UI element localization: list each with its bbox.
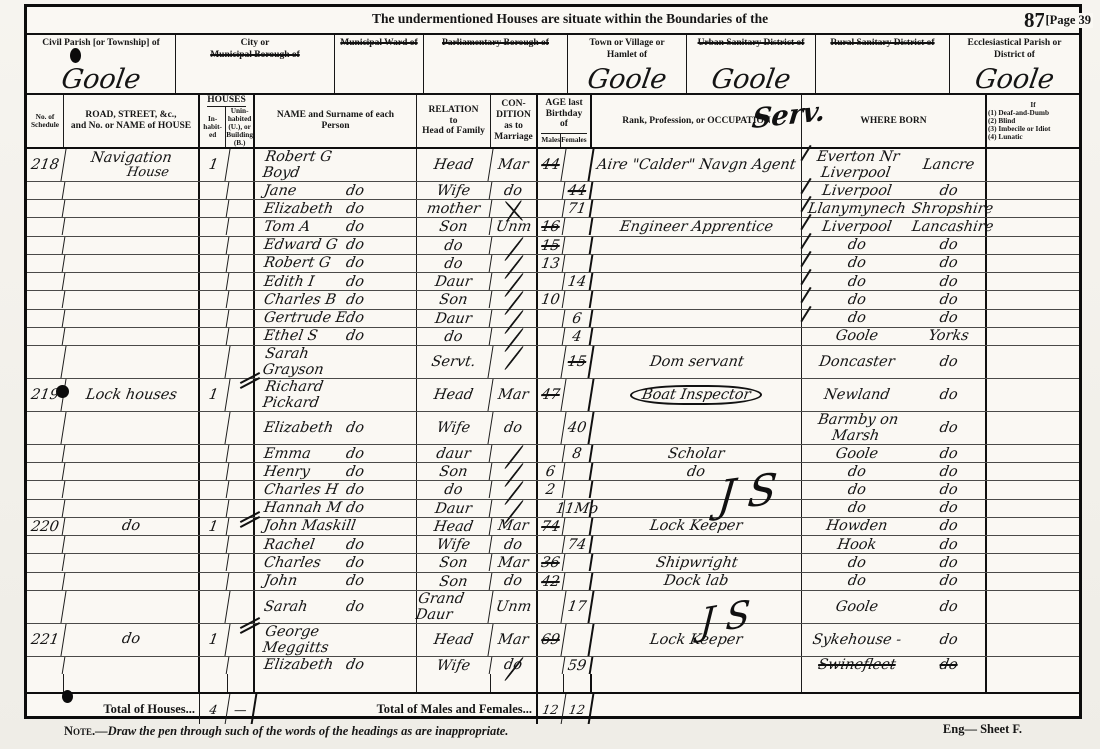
occupation-cell: [592, 273, 802, 290]
district-header-band: Civil Parish [or Township] of Goole City…: [27, 35, 1079, 95]
name-cell: Tom A do: [255, 218, 417, 235]
census-scan-page: The undermentioned Houses are situate wi…: [0, 0, 1100, 749]
condition-cell: do: [491, 573, 538, 590]
relation-cell: do: [416, 328, 493, 345]
table-row: Tom A do Son Unm 16 Engineer Apprentice …: [27, 218, 1079, 236]
relation-cell: Son: [416, 218, 493, 235]
colhead-occupation: Rank, Profession, or OCCUPATION: [592, 95, 802, 147]
where-born-cell: Hook do: [802, 536, 987, 553]
name-cell: Charles do: [255, 554, 417, 571]
age-female-cell: [563, 218, 594, 235]
ink-blot: [56, 385, 69, 398]
occupation-cell: [592, 657, 802, 674]
schedule-cell: 218: [24, 149, 66, 181]
infirmity-cell: [987, 328, 1079, 345]
infirmity-cell: [987, 291, 1079, 308]
occupation-cell: do: [592, 463, 802, 480]
name-cell: John do: [255, 573, 417, 590]
name-cell: Richard Pickard: [255, 379, 417, 411]
age-male-cell: 42: [537, 573, 566, 590]
age-male-cell: [537, 657, 566, 674]
uninhabited-cell: [228, 481, 255, 498]
schedule-cell: [26, 291, 66, 308]
inhabited-cell: [199, 310, 230, 327]
condition-cell: [491, 346, 538, 378]
occupation-cell: Boat Inspector: [592, 379, 802, 411]
condition-cell: Mar: [491, 624, 538, 656]
age-female-cell: [563, 481, 594, 498]
schedule-cell: [26, 218, 66, 235]
infirmity-cell: [987, 536, 1079, 553]
uninhabited-cell: [228, 273, 255, 290]
where-born-cell: Barmby on Marsh do: [802, 412, 987, 444]
age-female-cell: 17: [561, 591, 594, 623]
uninhabited-cell: [228, 379, 255, 411]
occupation-cell: [592, 500, 802, 517]
total-males-females-label: Total of Males and Females...: [255, 694, 538, 724]
age-male-cell: 15: [537, 237, 566, 254]
name-cell: Charles H do: [255, 481, 417, 498]
age-female-cell: [561, 624, 594, 656]
where-born-cell: Llanymynech Shropshire: [802, 200, 987, 217]
road-cell: [64, 182, 200, 199]
name-cell: Edward G do: [255, 237, 417, 254]
table-row: Emma do daur 8 Scholar Goole do: [27, 445, 1079, 463]
age-female-cell: [563, 573, 594, 590]
where-born-cell: Everton Nr Liverpool Lancre: [802, 149, 987, 181]
relation-cell: Son: [416, 554, 493, 571]
uninhabited-cell: [228, 591, 255, 623]
where-born-cell: do do: [802, 500, 987, 517]
schedule-cell: [26, 255, 66, 272]
where-born-cell: Sykehouse - do: [802, 624, 987, 656]
inhabited-cell: [199, 445, 230, 462]
infirmity-cell: [987, 554, 1079, 571]
occupation-cell: [592, 412, 802, 444]
age-male-cell: [537, 200, 566, 217]
relation-cell: Head: [416, 518, 493, 535]
infirmity-cell: [987, 200, 1079, 217]
inhabited-cell: [199, 237, 230, 254]
condition-cell: [491, 500, 538, 517]
district-header-cell: Rural Sanitary District of: [816, 35, 950, 93]
age-female-cell: [563, 255, 594, 272]
totals-band: Total of Houses... 4 — Total of Males an…: [27, 694, 1079, 724]
condition-cell: [491, 310, 538, 327]
table-row: Edith I do Daur 14 do do: [27, 273, 1079, 291]
where-born-cell: do do: [802, 463, 987, 480]
schedule-cell: [24, 346, 66, 378]
condition-cell: Mar: [491, 149, 538, 181]
age-male-cell: 36: [537, 554, 566, 571]
uninhabited-cell: [228, 554, 255, 571]
title-band: The undermentioned Houses are situate wi…: [27, 7, 1079, 35]
road-cell: [64, 273, 200, 290]
district-header-cell: Ecclesiastical Parish or District of Goo…: [950, 35, 1079, 93]
table-row: Elizabeth do mother 71 Llanymynech Shrop…: [27, 200, 1079, 218]
sheet-label: Eng— Sheet F.: [943, 722, 1022, 737]
table-row: Rachel do Wife do 74 Hook do: [27, 536, 1079, 554]
infirmity-cell: [987, 624, 1079, 656]
colhead-houses: HOUSES In-habit-ed Unin-habited (U.), or…: [200, 95, 255, 147]
road-cell: [64, 310, 200, 327]
uninhabited-cell: [228, 291, 255, 308]
schedule-cell: [26, 573, 66, 590]
inhabited-cell: [199, 554, 230, 571]
age-female-cell: 40: [561, 412, 594, 444]
total-uninhabited-dash: —: [226, 694, 258, 724]
uninhabited-cell: [228, 200, 255, 217]
uninhabited-cell: [228, 657, 255, 674]
occupation-cell: [592, 536, 802, 553]
schedule-cell: [26, 657, 66, 674]
condition-cell: [491, 291, 538, 308]
inhabited-cell: [199, 573, 230, 590]
schedule-cell: [26, 273, 66, 290]
schedule-cell: [26, 481, 66, 498]
occupation-cell: Engineer Apprentice: [592, 218, 802, 235]
schedule-cell: [26, 310, 66, 327]
table-row: John do Son do 42 Dock lab do do: [27, 573, 1079, 591]
relation-cell: Grand Daur: [414, 591, 493, 623]
infirmity-cell: [987, 273, 1079, 290]
uninhabited-cell: [228, 182, 255, 199]
name-cell: Robert G do: [255, 255, 417, 272]
colhead-name: NAME and Surname of each Person: [255, 95, 417, 147]
road-cell: [64, 481, 200, 498]
inhabited-cell: 1: [199, 518, 230, 535]
inhabited-cell: 1: [197, 149, 230, 181]
table-row: Gertrude E do Daur 6 do do: [27, 310, 1079, 328]
inhabited-cell: [199, 463, 230, 480]
uninhabited-cell: [228, 500, 255, 517]
age-male-cell: 16: [537, 218, 566, 235]
occupation-cell: [592, 255, 802, 272]
condition-cell: do: [491, 536, 538, 553]
occupation-cell: [592, 310, 802, 327]
infirmity-cell: [987, 657, 1079, 674]
inhabited-cell: [199, 200, 230, 217]
colhead-uninhabited: Unin-habited (U.), or Building (B.): [226, 107, 253, 147]
condition-slash: [504, 346, 524, 371]
schedule-cell: 221: [24, 624, 66, 656]
where-born-cell: Goole Yorks: [802, 328, 987, 345]
occupation-cell: [592, 237, 802, 254]
road-cell: [64, 200, 200, 217]
schedule-cell: 220: [26, 518, 66, 535]
uninhabited-cell: [228, 463, 255, 480]
infirmity-cell: [987, 573, 1079, 590]
road-cell: [64, 463, 200, 480]
age-female-cell: 14: [563, 273, 594, 290]
schedule-cell: [26, 445, 66, 462]
road-cell: [64, 237, 200, 254]
infirmity-cell: [987, 182, 1079, 199]
gap-strip: [27, 674, 1079, 694]
road-cell: [64, 445, 200, 462]
where-born-cell: Goole do: [802, 591, 987, 623]
district-header-cell: Urban Sanitary District of Goole: [687, 35, 816, 93]
where-born-cell: do do: [802, 255, 987, 272]
name-cell: Hannah M do: [255, 500, 417, 517]
relation-cell: Head: [414, 379, 493, 411]
age-female-cell: 8: [563, 445, 594, 462]
where-born-cell: Liverpool Lancashire: [802, 218, 987, 235]
relation-cell: Daur: [416, 310, 493, 327]
name-cell: Robert G Boyd: [255, 149, 417, 181]
name-cell: Elizabeth do: [255, 412, 417, 444]
uninhabited-cell: [228, 255, 255, 272]
road-cell: [64, 255, 200, 272]
name-cell: Sarah do: [255, 591, 417, 623]
name-cell: Jane do: [255, 182, 417, 199]
relation-cell: do: [416, 481, 493, 498]
uninhabited-cell: [228, 346, 255, 378]
colhead-condition: CON- DITION as to Marriage: [491, 95, 538, 147]
road-cell: [64, 657, 200, 674]
colhead-age-males: Males: [541, 134, 561, 147]
table-row: Elizabeth do Wife do 59 Swinefleet do: [27, 657, 1079, 674]
where-born-cell: Liverpool do: [802, 182, 987, 199]
inhabited-cell: [199, 536, 230, 553]
colhead-relation: RELATION to Head of Family: [417, 95, 491, 147]
page-number: 87: [1024, 8, 1045, 33]
relation-cell: Head: [414, 149, 493, 181]
table-row: 221 do 1 George Meggitts Head Mar 69 Loc…: [27, 624, 1079, 657]
age-female-cell: [563, 518, 594, 535]
age-female-cell: 44: [563, 182, 594, 199]
where-born-cell: Goole do: [802, 445, 987, 462]
where-born-cell: do do: [802, 310, 987, 327]
uninhabited-cell: [228, 445, 255, 462]
relation-cell: Wife: [416, 182, 493, 199]
condition-cell: [491, 237, 538, 254]
schedule-cell: [26, 200, 66, 217]
road-cell: [64, 591, 200, 623]
infirmity-cell: [987, 310, 1079, 327]
age-female-cell: [563, 463, 594, 480]
age-female-cell: [563, 237, 594, 254]
uninhabited-cell: [228, 624, 255, 656]
name-cell: Sarah Grayson: [255, 346, 417, 378]
condition-cell: [491, 255, 538, 272]
where-born-cell: do do: [802, 481, 987, 498]
name-cell: George Meggitts: [255, 624, 417, 656]
occupation-cell: [592, 328, 802, 345]
schedule-cell: [26, 554, 66, 571]
table-row: Jane do Wife do 44 Liverpool do: [27, 182, 1079, 200]
where-born-cell: Swinefleet do: [802, 657, 987, 674]
infirmity-cell: [987, 481, 1079, 498]
uninhabited-cell: [228, 149, 255, 181]
uninhabited-cell: [228, 573, 255, 590]
age-female-cell: 71: [563, 200, 594, 217]
age-male-cell: 2: [537, 481, 566, 498]
table-row: Ethel S do do 4 Goole Yorks: [27, 328, 1079, 346]
condition-cell: [491, 328, 538, 345]
ink-blot: [62, 690, 73, 703]
schedule-cell: [24, 412, 66, 444]
relation-cell: Son: [416, 463, 493, 480]
infirmity-cell: [987, 255, 1079, 272]
infirmity-cell: [987, 218, 1079, 235]
census-rows: 218 Navigation House 1 Robert G Boyd Hea…: [27, 149, 1079, 674]
totals-empty-cell: [592, 694, 1079, 724]
road-cell: [64, 554, 200, 571]
relation-cell: Son: [416, 291, 493, 308]
name-cell: Elizabeth do: [255, 200, 417, 217]
road-cell: [64, 328, 200, 345]
age-male-cell: [537, 328, 566, 345]
name-cell: Ethel S do: [255, 328, 417, 345]
infirmity-cell: [987, 445, 1079, 462]
inhabited-cell: [199, 218, 230, 235]
table-row: Sarah Grayson Servt. 15 Dom servant Donc…: [27, 346, 1079, 379]
infirmity-cell: [987, 463, 1079, 480]
table-row: Elizabeth do Wife do 40 Barmby on Marsh …: [27, 412, 1079, 445]
infirmity-cell: [987, 500, 1079, 517]
relation-cell: daur: [416, 445, 493, 462]
road-cell: do: [64, 518, 200, 535]
name-cell: John Maskill: [255, 518, 417, 535]
occupation-cell: [592, 200, 802, 217]
age-male-cell: [537, 536, 566, 553]
inhabited-cell: [199, 273, 230, 290]
road-cell: [64, 573, 200, 590]
infirmity-cell: [987, 518, 1079, 535]
road-cell: [64, 500, 200, 517]
occupation-cell: Dom servant: [592, 346, 802, 378]
condition-cell: do: [491, 182, 538, 199]
colhead-age: AGE last Birthday of Males Females: [538, 95, 592, 147]
inhabited-cell: 1: [197, 379, 230, 411]
relation-cell: Son: [416, 573, 493, 590]
relation-cell: Head: [414, 624, 493, 656]
age-female-cell: [561, 149, 594, 181]
infirmity-cell: [987, 149, 1079, 181]
uninhabited-cell: [228, 310, 255, 327]
age-male-cell: [537, 310, 566, 327]
occupation-cell: [592, 182, 802, 199]
total-females-value: 12: [562, 694, 595, 724]
condition-cell: Unm: [491, 591, 538, 623]
road-cell: [64, 291, 200, 308]
condition-cell: [491, 463, 538, 480]
condition-cell: Unm: [491, 218, 538, 235]
infirmity-cell: [987, 412, 1079, 444]
condition-cell: [491, 445, 538, 462]
schedule-cell: [26, 182, 66, 199]
infirmity-cell: [987, 346, 1079, 378]
district-header-cell: City or Municipal Borough of: [176, 35, 335, 93]
occupation-cell: [592, 591, 802, 623]
inhabited-cell: [197, 346, 230, 378]
name-cell: Edith I do: [255, 273, 417, 290]
age-male-cell: 74: [537, 518, 566, 535]
schedule-cell: [26, 500, 66, 517]
infirmity-cell: [987, 379, 1079, 411]
ink-blot: [70, 48, 81, 63]
age-female-cell: [563, 291, 594, 308]
where-born-cell: do do: [802, 554, 987, 571]
relation-cell: Wife: [416, 657, 493, 674]
colhead-infirmity: If (1) Deaf-and-Dumb (2) Blind (3) Imbec…: [987, 95, 1079, 147]
road-cell: [64, 536, 200, 553]
occupation-cell: Aire "Calder" Navgn Agent: [592, 149, 802, 181]
district-header-cell: Municipal Ward of: [335, 35, 424, 93]
infirmity-cell: [987, 591, 1079, 623]
total-houses-label: Total of Houses...: [27, 694, 200, 724]
uninhabited-cell: [228, 412, 255, 444]
occupation-cell: Lock Keeper: [592, 624, 802, 656]
table-row: Robert G do do 13 do do: [27, 255, 1079, 273]
where-born-cell: do do: [802, 237, 987, 254]
uninhabited-cell: [228, 328, 255, 345]
age-female-cell: [563, 554, 594, 571]
where-born-cell: Howden do: [802, 518, 987, 535]
colhead-schedule: No. of Schedule: [27, 95, 64, 147]
road-cell: Lock houses: [64, 379, 200, 411]
occupation-cell: Dock lab: [592, 573, 802, 590]
table-row: Charles do Son Mar 36 Shipwright do do: [27, 554, 1079, 572]
inhabited-cell: [199, 481, 230, 498]
relation-cell: do: [416, 237, 493, 254]
age-female-cell: 11Mo: [563, 500, 594, 517]
where-born-cell: do do: [802, 273, 987, 290]
uninhabited-cell: [228, 518, 255, 535]
age-male-cell: [537, 182, 566, 199]
table-row: Edward G do do 15 do do: [27, 237, 1079, 255]
table-row: 218 Navigation House 1 Robert G Boyd Hea…: [27, 149, 1079, 182]
census-form-frame: The undermentioned Houses are situate wi…: [24, 4, 1082, 719]
relation-cell: mother: [416, 200, 493, 217]
age-female-cell: [561, 379, 594, 411]
form-title: The undermentioned Houses are situate wi…: [372, 11, 768, 27]
colhead-where-born: WHERE BORN: [802, 95, 987, 147]
age-female-cell: 59: [563, 657, 594, 674]
inhabited-cell: [199, 291, 230, 308]
page-label: [Page 39: [1044, 13, 1093, 28]
name-cell: Henry do: [255, 463, 417, 480]
condition-cell: Mar: [491, 518, 538, 535]
relation-cell: Daur: [416, 500, 493, 517]
occupation-cell: [592, 481, 802, 498]
colhead-road: ROAD, STREET, &c., and No. or NAME of HO…: [64, 95, 200, 147]
name-cell: Rachel do: [255, 536, 417, 553]
schedule-cell: [26, 463, 66, 480]
inhabited-cell: [199, 255, 230, 272]
road-cell: [64, 412, 200, 444]
table-row: Charles H do do 2 do do: [27, 481, 1079, 499]
age-male-cell: 6: [537, 463, 566, 480]
inhabited-cell: [197, 591, 230, 623]
inhabited-cell: 1: [197, 624, 230, 656]
age-female-cell: 4: [563, 328, 594, 345]
age-male-cell: [537, 273, 566, 290]
relation-cell: Wife: [414, 412, 493, 444]
uninhabited-cell: [228, 218, 255, 235]
table-row: 220 do 1 John Maskill Head Mar 74 Lock K…: [27, 518, 1079, 536]
inhabited-cell: [199, 328, 230, 345]
name-cell: Elizabeth do: [255, 657, 417, 674]
occupation-cell: Shipwright: [592, 554, 802, 571]
name-cell: Emma do: [255, 445, 417, 462]
where-born-cell: Doncaster do: [802, 346, 987, 378]
schedule-cell: [24, 591, 66, 623]
table-row: Sarah do Grand Daur Unm 17 Goole do: [27, 591, 1079, 624]
relation-cell: Wife: [416, 536, 493, 553]
condition-cell: do: [491, 657, 538, 674]
